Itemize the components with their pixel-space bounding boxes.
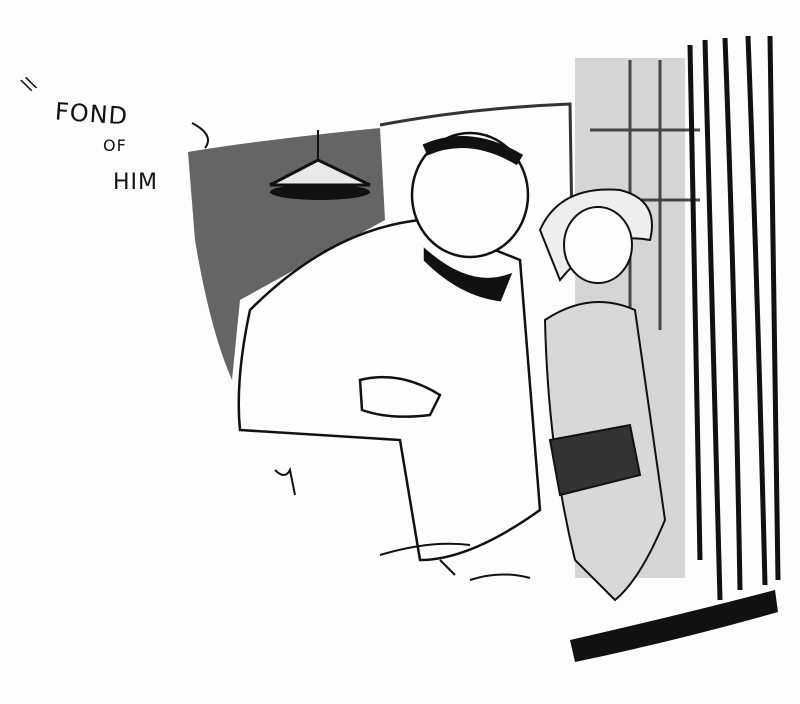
window-sill: [570, 590, 778, 662]
caption-hook: [192, 123, 208, 148]
curtain: [690, 36, 778, 600]
caption-line-1: FOND: [54, 99, 129, 128]
illustration: \\ FOND OF HIM: [0, 0, 800, 704]
caption-line-2: OF: [103, 138, 127, 154]
caption-line-3: HIM: [113, 172, 158, 194]
